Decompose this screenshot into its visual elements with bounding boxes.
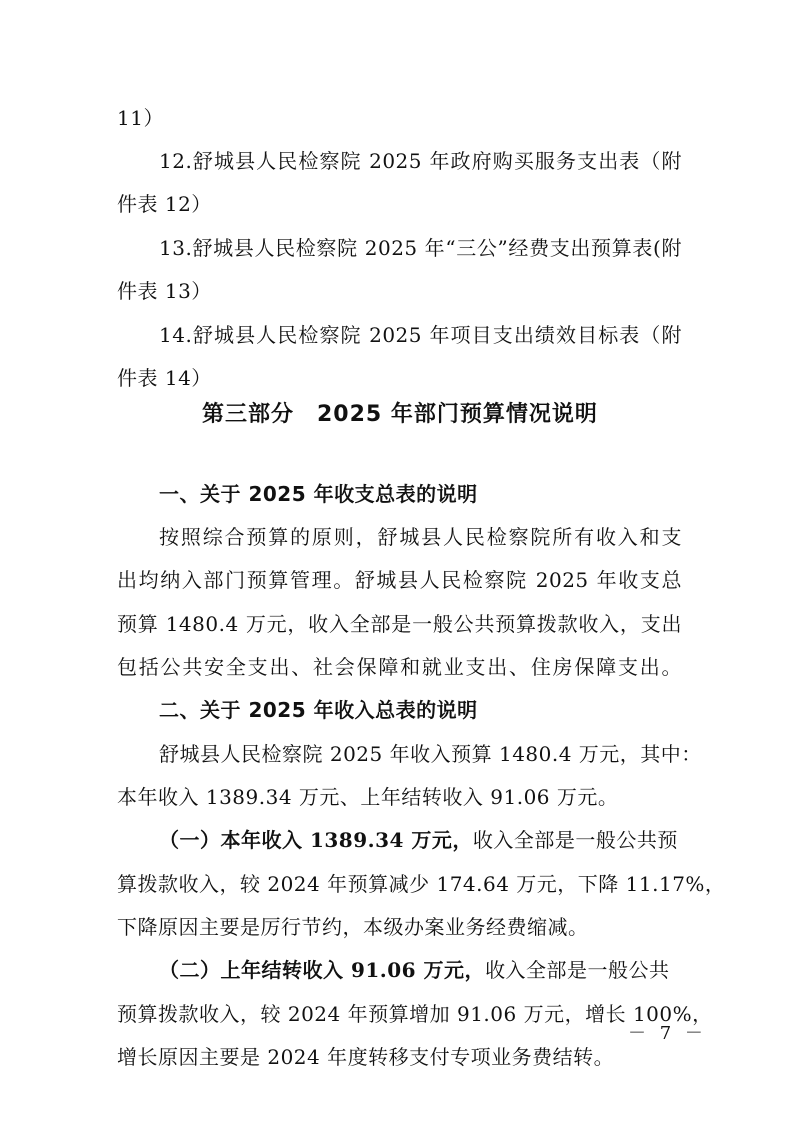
section2-line: 本年收入 1389.34 万元、上年结转收入 91.06 万元。 — [117, 785, 618, 809]
subsection-1-bold-lead: （一）本年收入 1389.34 万元， — [159, 828, 473, 852]
subsection-2-line: 增长原因主要是 2024 年度转移支付专项业务费结转。 — [117, 1045, 614, 1069]
list-item-14: 14.舒城县人民检察院 2025 年项目支出绩效目标表（附 — [159, 323, 682, 347]
subsection-1-first-line: （一）本年收入 1389.34 万元，收入全部是一般公共预 — [159, 828, 678, 852]
list-item-13: 13.舒城县人民检察院 2025 年“三公”经费支出预算表(附 — [159, 236, 682, 260]
section2-heading: 二、关于 2025 年收入总表的说明 — [159, 698, 478, 722]
section2-line: 舒城县人民检察院 2025 年收入预算 1480.4 万元，其中： — [159, 742, 682, 766]
subsection-2-first-line: （二）上年结转收入 91.06 万元，收入全部是一般公共 — [159, 958, 670, 982]
section1-heading: 一、关于 2025 年收支总表的说明 — [159, 482, 478, 506]
list-item-13-cont: 件表 13） — [117, 279, 212, 303]
section1-line: 包括公共安全支出、社会保障和就业支出、住房保障支出。 — [117, 655, 682, 679]
section1-line: 预算 1480.4 万元，收入全部是一般公共预算拨款收入，支出 — [117, 612, 682, 636]
subsection-2-bold-lead: （二）上年结转收入 91.06 万元， — [159, 958, 485, 982]
list-item-14-cont: 件表 14） — [117, 366, 212, 390]
part-title: 第三部分 2025 年部门预算情况说明 — [202, 403, 598, 427]
list-item-11-tail: 11） — [117, 106, 164, 130]
section1-line: 出均纳入部门预算管理。舒城县人民检察院 2025 年收支总 — [117, 568, 682, 592]
subsection-1-rest: 收入全部是一般公共预 — [473, 828, 678, 852]
subsection-1-line: 算拨款收入，较 2024 年预算减少 174.64 万元，下降 11.17%， — [117, 872, 682, 896]
page-number: － 7 － — [628, 1019, 707, 1045]
subsection-2-line: 预算拨款收入，较 2024 年预算增加 91.06 万元，增长 100%， — [117, 1002, 682, 1026]
subsection-1-line: 下降原因主要是厉行节约，本级办案业务经费缩减。 — [117, 915, 589, 939]
section1-line: 按照综合预算的原则，舒城县人民检察院所有收入和支 — [159, 525, 682, 549]
list-item-12-cont: 件表 12） — [117, 192, 212, 216]
list-item-12: 12.舒城县人民检察院 2025 年政府购买服务支出表（附 — [159, 149, 682, 173]
subsection-2-rest: 收入全部是一般公共 — [485, 958, 670, 982]
